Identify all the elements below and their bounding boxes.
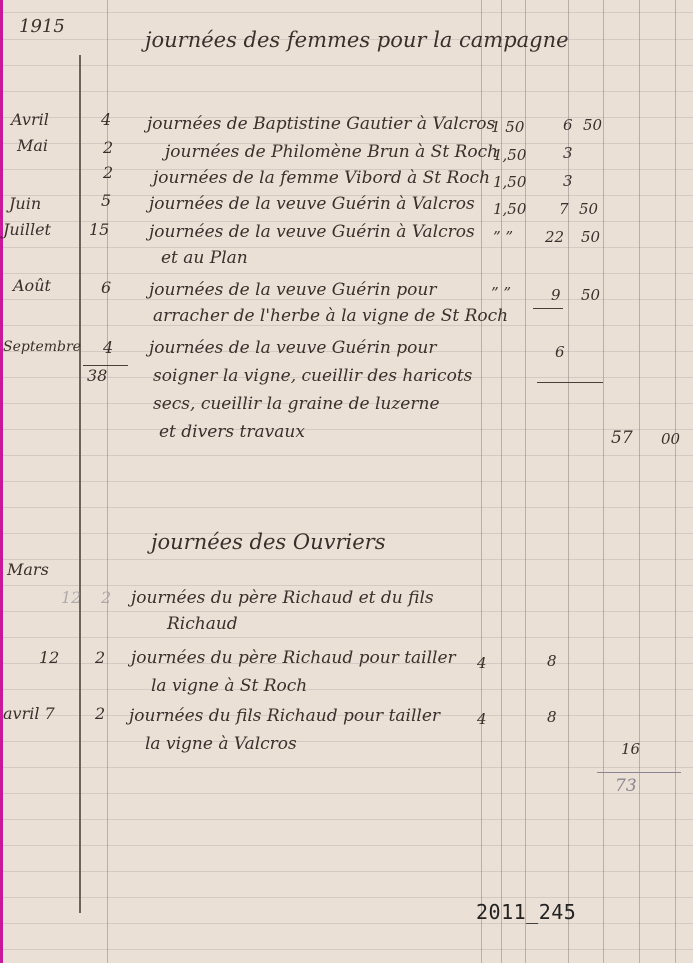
rate-cell: 4 xyxy=(477,656,487,671)
entry-text: journées du fils Richaud pour tailler xyxy=(129,708,440,725)
entry-text: soigner la vigne, cueillir des haricots xyxy=(153,368,472,385)
total-francs: 22 xyxy=(545,230,564,245)
total-francs: 3 xyxy=(563,174,573,189)
entry-text: journées de Philomène Brun à St Roch xyxy=(165,144,498,161)
day-cell: avril 7 xyxy=(3,706,55,722)
entry-text: secs, cueillir la graine de luzerne xyxy=(153,396,440,413)
section2-total: 16 xyxy=(621,742,640,757)
entry-text: journées de la veuve Guérin pour xyxy=(149,282,436,299)
rate-cell: ” ” xyxy=(493,230,513,245)
rate-cell: 1,50 xyxy=(493,148,526,163)
days-cell: 15 xyxy=(89,222,109,238)
month-cell: Septembre xyxy=(3,340,81,354)
rate-cell: 1,50 xyxy=(493,202,526,217)
total-francs: 3 xyxy=(563,146,573,161)
rate-cell: 4 xyxy=(477,712,487,727)
total-centimes: 50 xyxy=(583,118,602,133)
days-cell: 2 xyxy=(101,590,111,606)
entry-text: journées de la veuve Guérin à Valcros xyxy=(149,196,475,213)
grand-total-rule xyxy=(597,772,681,773)
total-francs: 8 xyxy=(547,710,557,725)
year-label: 1915 xyxy=(19,18,65,36)
entry-text: journées du père Richaud pour tailler xyxy=(131,650,456,667)
day-cell: 12 xyxy=(39,650,59,666)
underline-mark xyxy=(533,308,563,309)
column-rule xyxy=(603,0,604,963)
entry-text: journées du père Richaud et du fils xyxy=(131,590,434,607)
total-centimes: 50 xyxy=(581,230,600,245)
total-centimes: 50 xyxy=(581,288,600,303)
section1-total-centimes: 00 xyxy=(661,432,680,447)
days-cell: 6 xyxy=(101,280,111,296)
month-cell: Juin xyxy=(9,196,41,212)
entry-text: journées de la femme Vibord à St Roch xyxy=(153,170,490,187)
days-cell: 4 xyxy=(101,112,111,128)
grand-total: 73 xyxy=(615,778,637,795)
month-cell: Août xyxy=(13,278,51,294)
total-francs: 6 xyxy=(555,345,565,360)
total-francs: 8 xyxy=(547,654,557,669)
column-rule xyxy=(639,0,640,963)
section1-total-francs: 57 xyxy=(611,430,633,447)
days-cell: 2 xyxy=(103,165,113,181)
day-cell: 12 xyxy=(61,590,81,606)
days-cell: 2 xyxy=(95,706,105,722)
total-centimes: 50 xyxy=(579,202,598,217)
rate-cell: 1 50 xyxy=(491,120,524,135)
rate-cell: ” ” xyxy=(491,286,511,301)
catalog-stamp: 2011_245 xyxy=(476,900,576,924)
days-cell: 2 xyxy=(95,650,105,666)
total-francs: 6 xyxy=(563,118,573,133)
entry-text: arracher de l'herbe à la vigne de St Roc… xyxy=(153,308,508,325)
days-cell: 4 xyxy=(103,340,113,356)
margin-rule xyxy=(79,55,81,913)
section1-title: journées des femmes pour la campagne xyxy=(145,30,569,51)
entry-text: Richaud xyxy=(167,616,238,633)
total-francs: 7 xyxy=(559,202,569,217)
month-label: Mars xyxy=(7,562,49,578)
amount-sum-rule xyxy=(537,382,603,383)
column-rule xyxy=(501,0,502,963)
entry-text: et divers travaux xyxy=(159,424,305,441)
entry-text: la vigne à Valcros xyxy=(145,736,297,753)
month-cell: Mai xyxy=(17,138,48,154)
entry-text: journées de Baptistine Gautier à Valcros xyxy=(147,116,495,133)
entry-text: journées de la veuve Guérin à Valcros xyxy=(149,224,475,241)
month-cell: Juillet xyxy=(3,222,51,238)
section2-title: journées des Ouvriers xyxy=(151,532,385,553)
entry-text: et au Plan xyxy=(161,250,248,267)
entry-text: la vigne à St Roch xyxy=(151,678,307,695)
days-cell: 2 xyxy=(103,140,113,156)
total-francs: 9 xyxy=(551,288,561,303)
column-rule xyxy=(525,0,526,963)
days-cell: 5 xyxy=(101,193,111,209)
entry-text: journées de la veuve Guérin pour xyxy=(149,340,436,357)
ledger-page: 1915 journées des femmes pour la campagn… xyxy=(3,0,693,963)
column-rule xyxy=(675,0,676,963)
month-cell: Avril xyxy=(11,112,49,128)
rate-cell: 1,50 xyxy=(493,175,526,190)
days-total: 38 xyxy=(87,368,107,384)
